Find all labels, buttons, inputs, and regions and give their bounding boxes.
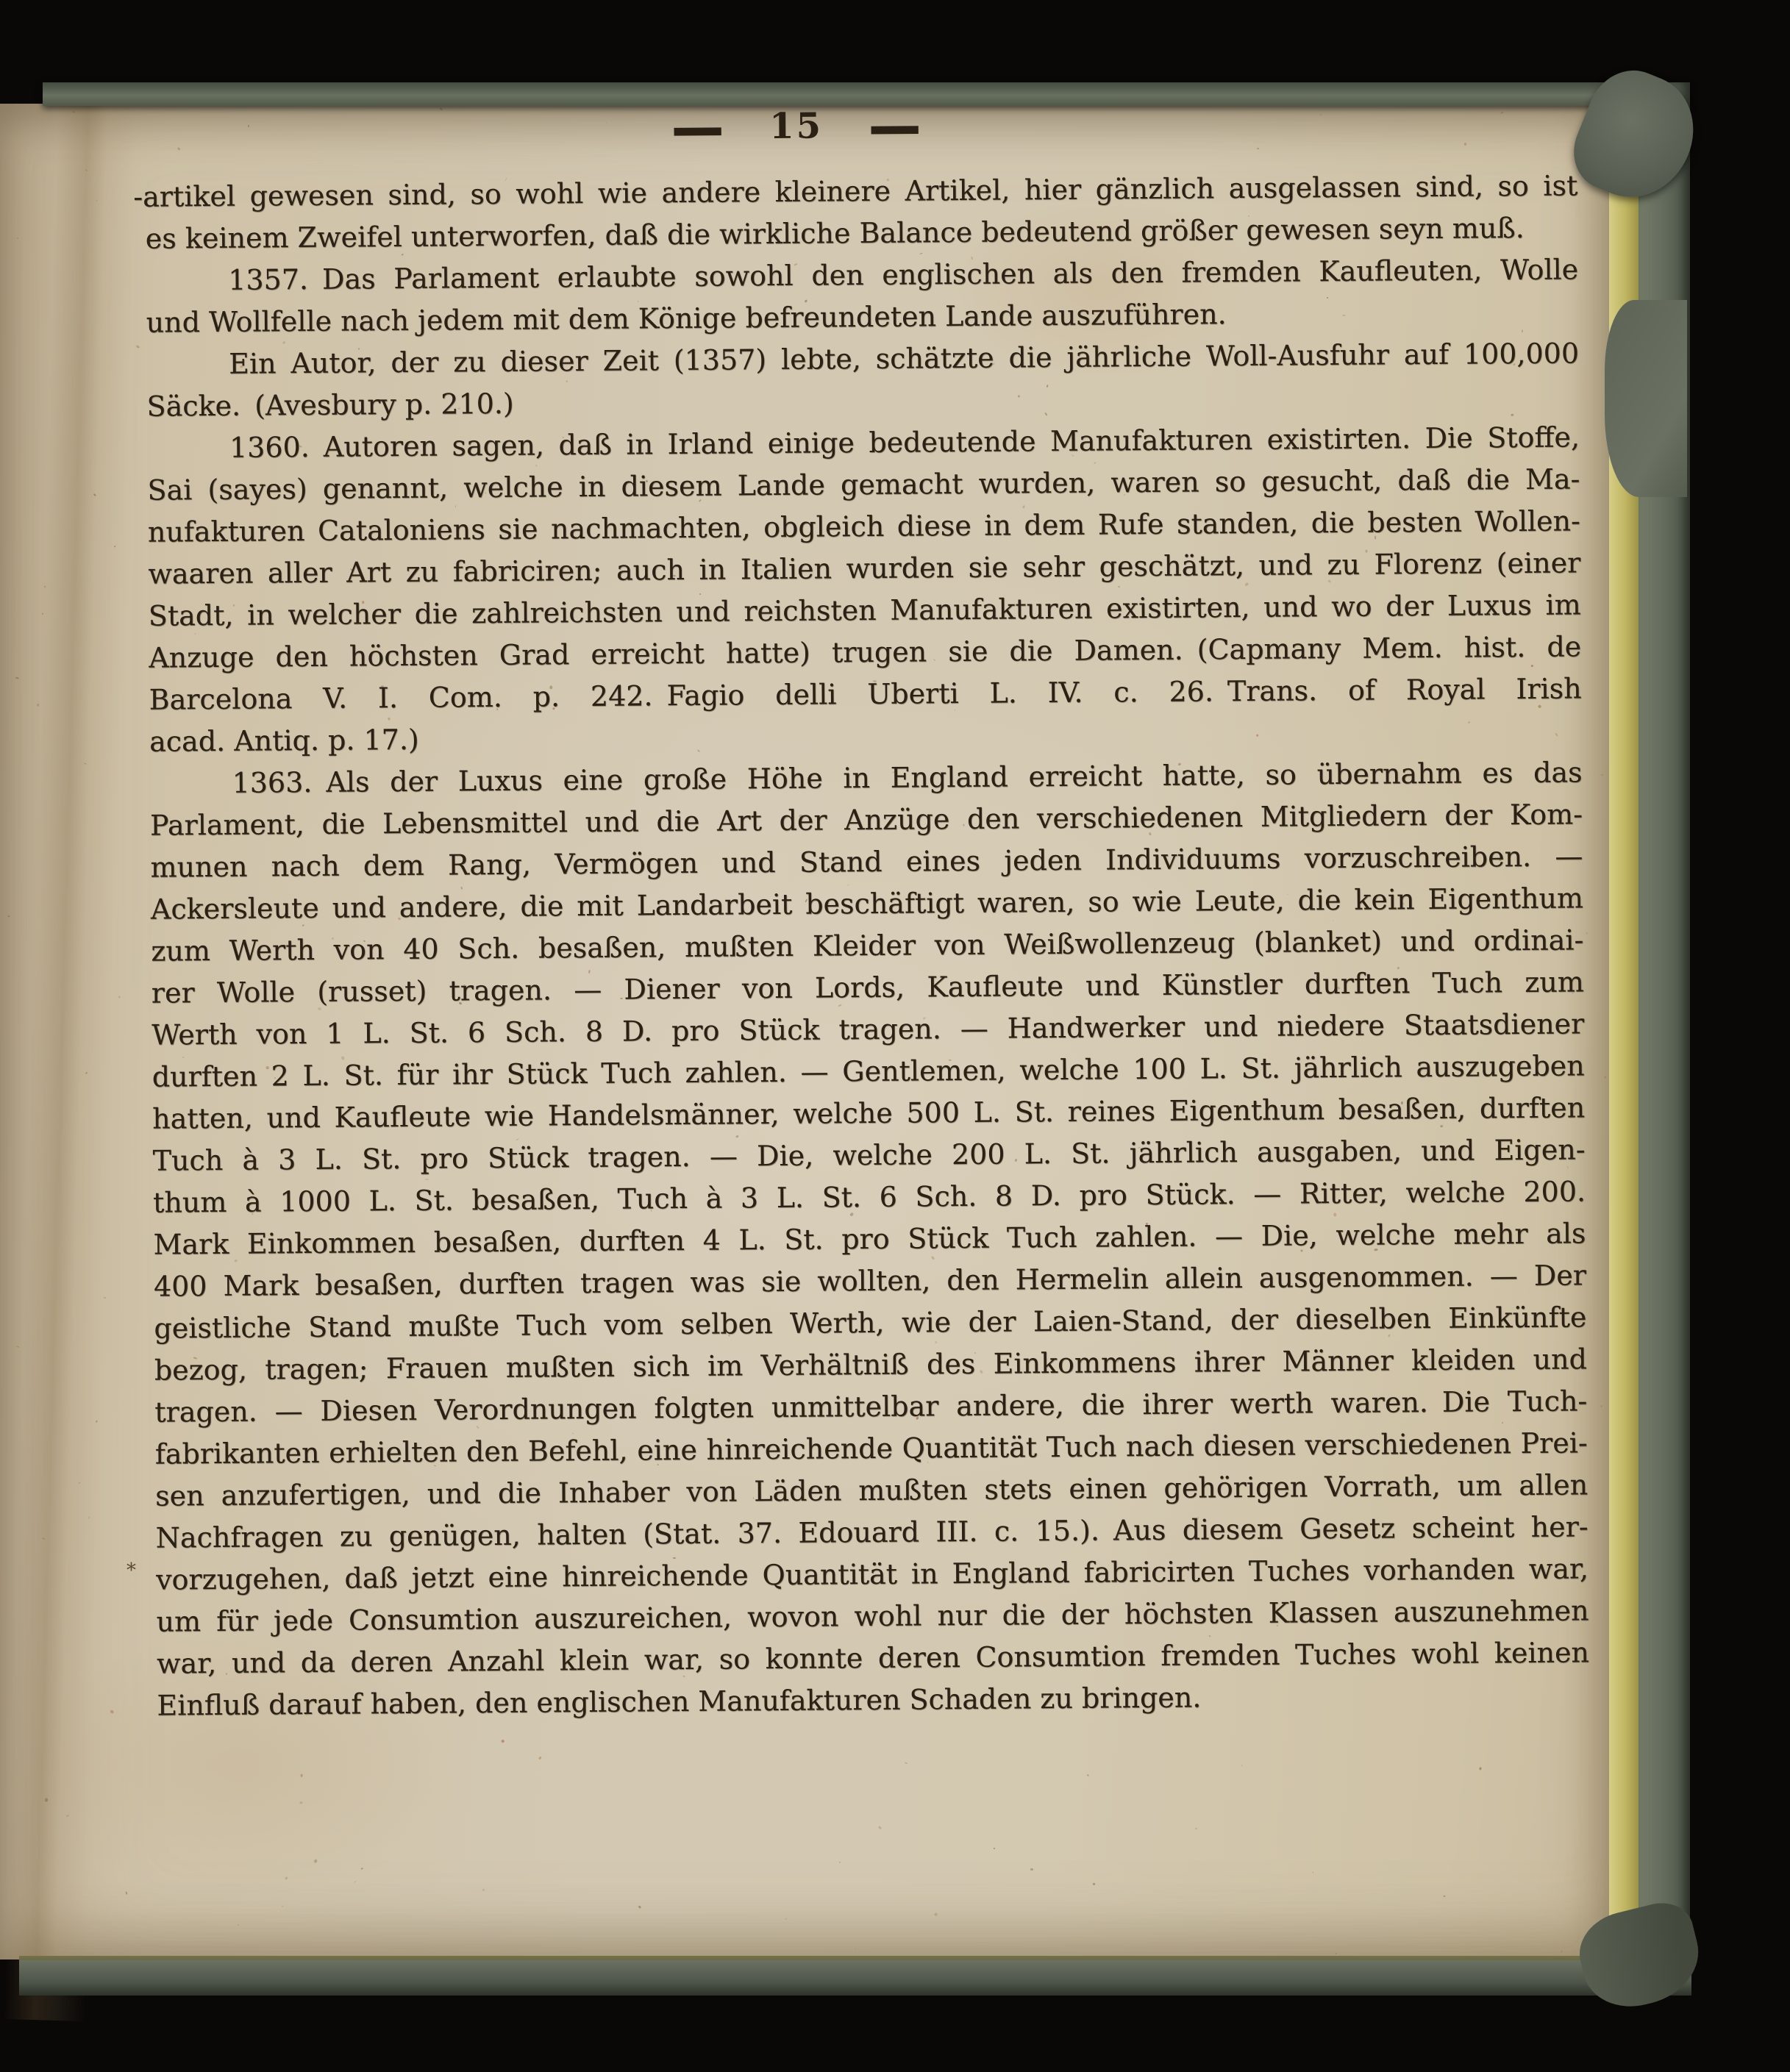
paper-speck — [1241, 1765, 1242, 1767]
paper-speck — [1086, 1774, 1088, 1777]
paper-speck — [16, 1346, 19, 1348]
paper-speck — [1479, 1767, 1481, 1770]
paper-speck — [1313, 1872, 1314, 1873]
paper-speck — [1561, 1950, 1563, 1953]
paragraph: Ein Autor, der zu dieser Zeit (1357) leb… — [146, 332, 1580, 427]
page-number-dash-right: — — [868, 82, 921, 168]
paper-speck — [1195, 1828, 1197, 1829]
paper-speck — [37, 703, 40, 706]
paper-speck — [299, 1801, 302, 1804]
page-text-block: — 15 — -artikel gewesen sind, so wohl wi… — [144, 97, 1589, 1726]
paper-speck — [354, 1881, 356, 1883]
paper-speck — [110, 1710, 114, 1714]
paper-speck — [126, 1891, 128, 1895]
paper-speck — [1030, 1868, 1033, 1871]
book-scan: ⁎ — 15 — -artikel gewesen sind, so wohl … — [0, 0, 1790, 2072]
paper-speck — [8, 915, 10, 917]
paragraph: 1357. Das Parlament erlaubte sowohl den … — [146, 249, 1579, 343]
paper-speck — [839, 1862, 841, 1864]
paper-speck — [934, 1912, 938, 1916]
body-text: -artikel gewesen sind, so wohl wie ander… — [145, 165, 1590, 1726]
paper-speck — [638, 1905, 641, 1908]
paper-speck — [1336, 1953, 1337, 1955]
paper-speck — [785, 1918, 788, 1920]
paper-speck — [538, 1756, 542, 1760]
paper-speck — [1586, 932, 1588, 935]
page-number-value: 15 — [769, 105, 823, 147]
paper-speck — [994, 1848, 995, 1849]
paper-speck — [314, 1859, 318, 1863]
paper-speck — [1443, 1895, 1446, 1897]
cover-edge-bulge — [1605, 300, 1687, 497]
paper-speck — [1605, 1076, 1606, 1078]
book-cover-bottom-edge — [19, 1956, 1691, 1996]
paper-speck — [285, 1876, 288, 1880]
paragraph: 1360. Autoren sagen, daß in Irland einig… — [147, 416, 1583, 762]
paper-speck — [501, 1739, 504, 1743]
paper-speck — [17, 237, 19, 239]
margin-ink-mark: ⁎ — [126, 1560, 138, 1569]
paper-speck — [282, 1905, 284, 1907]
paper-speck — [136, 345, 140, 349]
paper-speck — [301, 1774, 303, 1777]
paper-speck — [855, 1948, 856, 1950]
paper-speck — [15, 676, 19, 679]
page-number-dash-left: — — [671, 84, 724, 171]
paper-speck — [118, 996, 121, 999]
paper-speck — [878, 1826, 882, 1830]
paper-speck — [1601, 774, 1604, 776]
paragraph: -artikel gewesen sind, so wohl wie ander… — [145, 165, 1578, 260]
paper-speck — [905, 1762, 908, 1764]
paper-speck — [1092, 1882, 1095, 1885]
paper-speck — [482, 1888, 485, 1891]
paragraph: 1363. Als der Luxus eine große Höhe in E… — [149, 751, 1589, 1726]
paper-speck — [361, 1868, 363, 1870]
paper-speck — [238, 1924, 239, 1926]
paper-speck — [1601, 1405, 1602, 1407]
